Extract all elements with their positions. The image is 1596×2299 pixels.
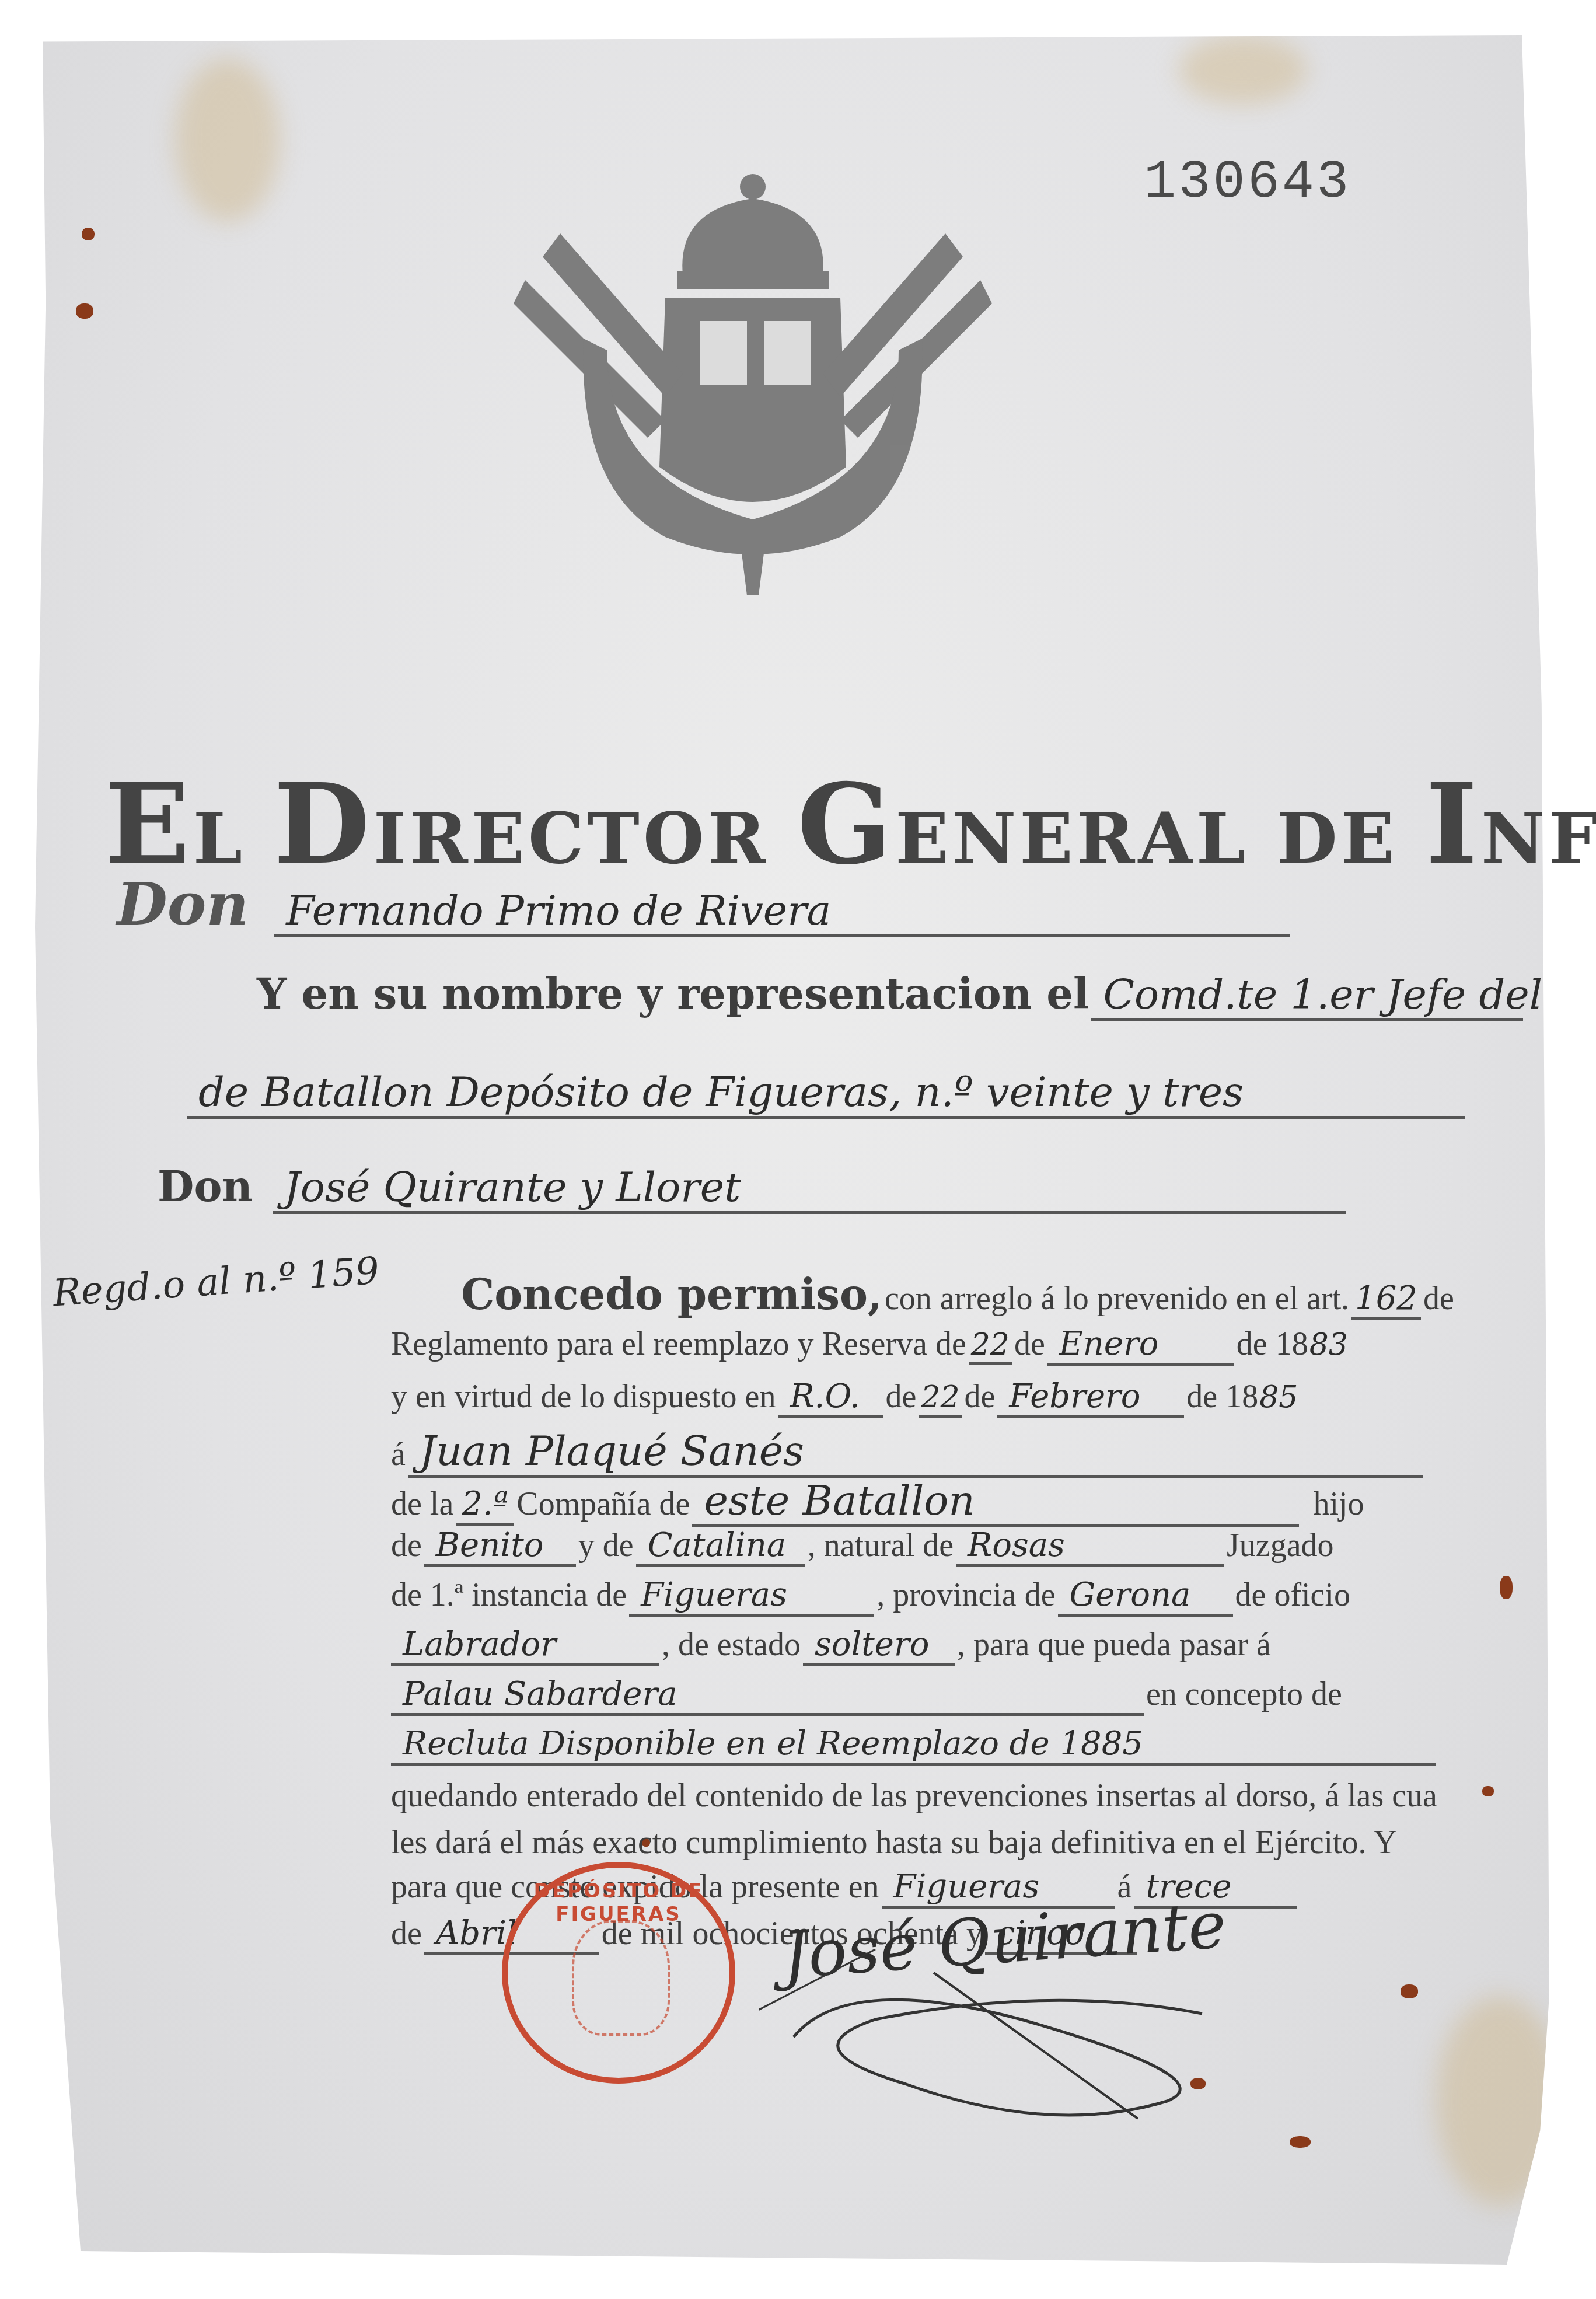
concept-line: Recluta Disponible en el Reemplazo de 18…	[391, 1725, 1436, 1766]
mother-name-field[interactable]: Catalina	[636, 1526, 805, 1567]
disposition-year-field[interactable]: 85	[1258, 1380, 1299, 1415]
director-line: Don Fernando Primo de Rivera	[117, 870, 1290, 939]
official-red-seal: DEPÓSITO DE FIGUERAS	[502, 1862, 735, 2084]
destination-line: Palau Sabardera en concepto de	[391, 1675, 1342, 1716]
birthplace-field[interactable]: Rosas	[956, 1526, 1224, 1567]
reglamento-day-field[interactable]: 22	[969, 1327, 1012, 1365]
company-number-field[interactable]: 2.ª	[456, 1485, 514, 1526]
soldier-name-line: á Juan Plaqué Sanés	[391, 1427, 1423, 1478]
registration-number: 159	[306, 1250, 380, 1297]
father-name-field[interactable]: Benito	[424, 1526, 576, 1567]
disposition-month-field[interactable]: Febrero	[997, 1377, 1184, 1418]
disposition-ref-field[interactable]: R.O.	[778, 1377, 883, 1418]
body-line-1: Concedo permiso, con arreglo á lo preven…	[461, 1269, 1454, 1320]
quedando-line: quedando enterado del contenido de las p…	[391, 1777, 1437, 1815]
destination-field[interactable]: Palau Sabardera	[391, 1675, 1144, 1716]
les-dara-line: les dará el más exacto cumplimiento hast…	[391, 1824, 1397, 1861]
court-location-field[interactable]: Figueras	[629, 1576, 874, 1617]
representative-name-line: Don José Quirante y Lloret	[158, 1161, 1346, 1214]
parents-line: de Benito y de Catalina , natural de Ros…	[391, 1526, 1334, 1567]
body-line-2: Reglamento para el reemplazo y Reserva d…	[391, 1325, 1349, 1366]
director-name-field[interactable]: Fernando Primo de Rivera	[274, 887, 1290, 937]
rust-spot	[82, 228, 95, 240]
representative-role-field-1[interactable]: Comd.te 1.er Jefe del	[1091, 971, 1523, 1021]
seal-text: DEPÓSITO DE FIGUERAS	[508, 1879, 729, 1926]
province-field[interactable]: Gerona	[1058, 1576, 1233, 1617]
water-stain	[175, 58, 280, 222]
jurisdiction-line: de 1.ª instancia de Figueras , provincia…	[391, 1576, 1350, 1617]
representative-role-line-2: de Batallon Depósito de Figueras, n.º ve…	[187, 1068, 1465, 1119]
rust-spot	[1500, 1576, 1513, 1599]
royal-coat-of-arms-icon	[490, 163, 1015, 619]
don-label-2: Don	[158, 1161, 253, 1211]
representation-label: Y en su nombre y representacion el	[257, 969, 1089, 1018]
soldier-name-field[interactable]: Juan Plaqué Sanés	[408, 1427, 1423, 1478]
serial-number: 130643	[1144, 152, 1351, 213]
rust-spot	[1482, 1786, 1494, 1796]
disposition-day-field[interactable]: 22	[919, 1380, 962, 1418]
water-stain	[1179, 35, 1307, 105]
representative-name-field[interactable]: José Quirante y Lloret	[273, 1163, 1346, 1214]
marital-status-field[interactable]: soltero	[803, 1625, 955, 1666]
representation-line: Y en su nombre y representacion el Comd.…	[257, 969, 1523, 1021]
don-label: Don	[117, 870, 249, 939]
rust-spot	[76, 303, 93, 319]
reglamento-month-field[interactable]: Enero	[1047, 1325, 1234, 1366]
representative-role-field-2[interactable]: de Batallon Depósito de Figueras, n.º ve…	[187, 1068, 1465, 1119]
rust-spot	[1290, 2136, 1311, 2148]
water-stain	[1436, 1996, 1564, 2206]
company-line: de la 2.ª Compañía de este Batallon hijo	[391, 1477, 1364, 1527]
body-line-3: y en virtud de lo dispuesto en R.O. de 2…	[391, 1377, 1299, 1418]
signature-flourish-icon	[759, 1949, 1284, 2136]
article-number-field[interactable]: 162	[1351, 1279, 1421, 1320]
rust-spot	[1401, 1984, 1418, 1998]
battalion-field[interactable]: este Batallon	[692, 1477, 1299, 1527]
occupation-field[interactable]: Labrador	[391, 1625, 659, 1666]
concept-field[interactable]: Recluta Disponible en el Reemplazo de 18…	[391, 1725, 1436, 1766]
occupation-line: Labrador , de estado soltero , para que …	[391, 1625, 1271, 1666]
seal-emblem-icon	[572, 1920, 670, 2036]
concedo-label: Concedo permiso,	[461, 1269, 882, 1319]
reglamento-year-field[interactable]: 83	[1308, 1327, 1349, 1362]
